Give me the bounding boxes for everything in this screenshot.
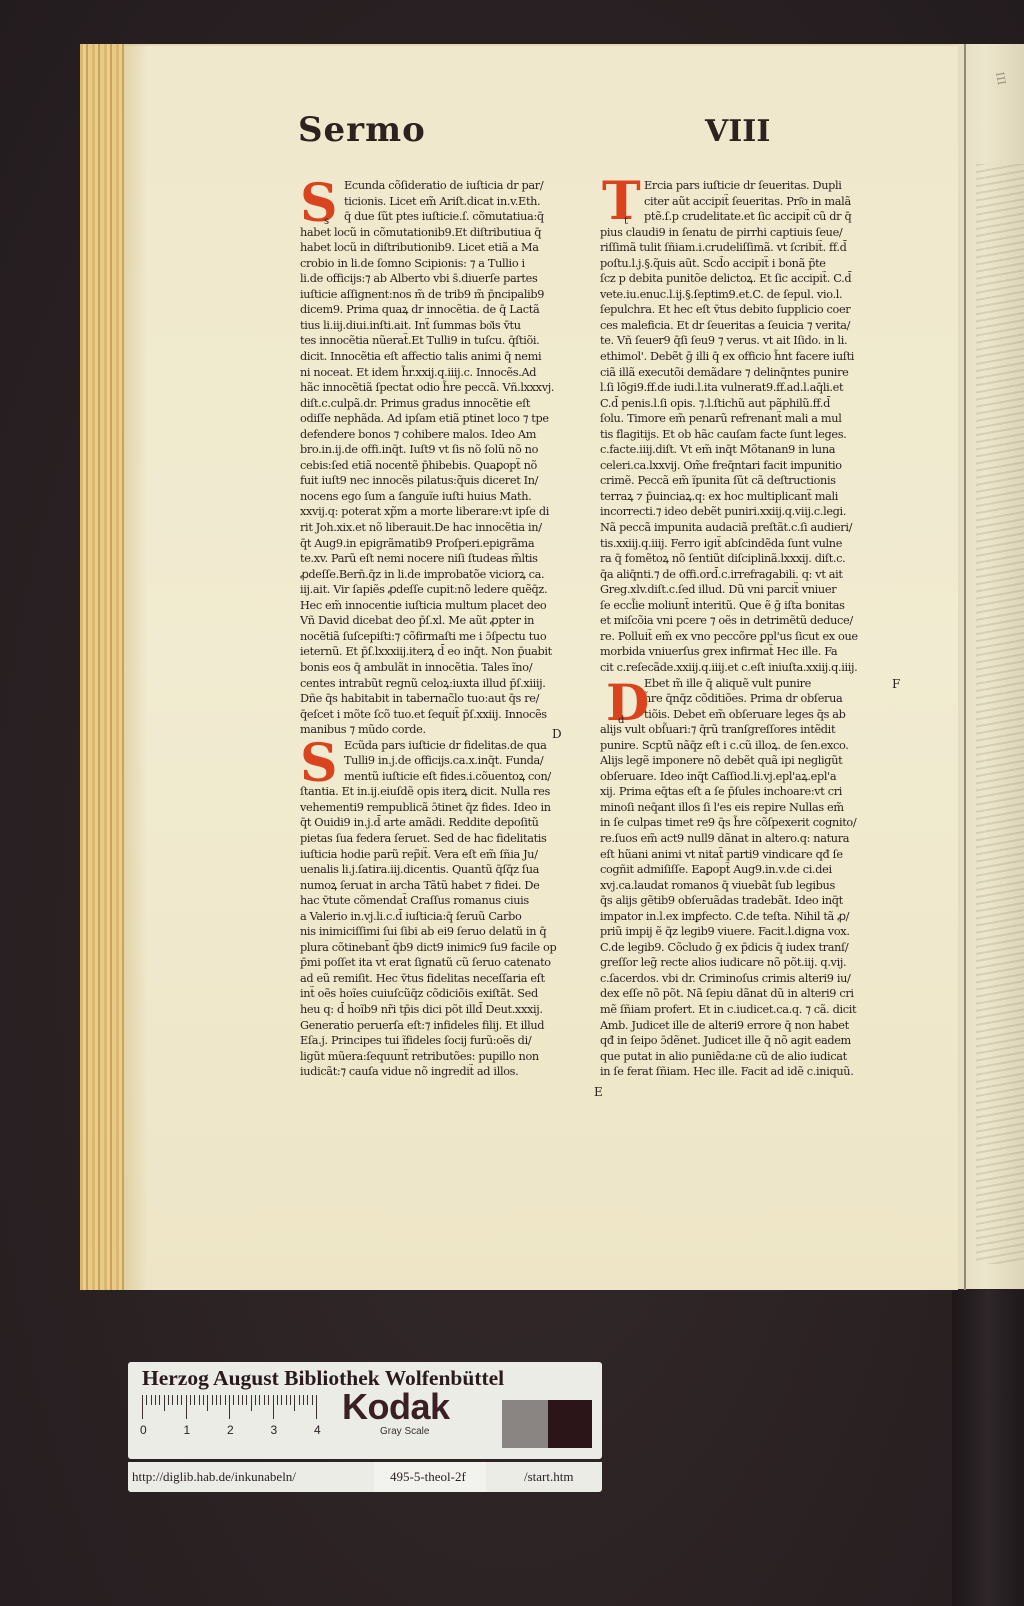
text-line: defendere bonos ⁊ cohibere malos. Ideo A… bbox=[300, 427, 600, 443]
library-color-target: Herzog August Bibliothek Wolfenbüttel 01… bbox=[128, 1362, 602, 1459]
initial-letter: T bbox=[602, 171, 641, 232]
text-line: mentũ iuſticie eſt fides.i.cõuentoꝝ con/ bbox=[300, 769, 600, 785]
text-line: rit Joh.xix.et nõ liberauit.De hac innoc… bbox=[300, 520, 600, 536]
guide-letter: d bbox=[618, 698, 624, 744]
ruler-tick bbox=[277, 1395, 278, 1405]
ruler-tick bbox=[233, 1395, 234, 1405]
text-line: c.facte.iiij.diſt. Vt em̃ inq̄t Mõtanan9… bbox=[600, 442, 920, 458]
text-line: Eſa.j. Principes tui ĩfideles ſocij furũ… bbox=[300, 1033, 600, 1049]
text-line: xxvij.q: poterat xp̃m a morte liberare:v… bbox=[300, 504, 600, 520]
text-line: incorrecti.⁊ ideo debẽt puniri.xxiij.q.v… bbox=[600, 504, 920, 520]
text-line: plura cõtinebant̃ q̄b9 dict9 inimic9 ſu9… bbox=[300, 940, 600, 956]
gray-swatch-mid bbox=[502, 1400, 548, 1448]
scale-ruler: 01234 bbox=[140, 1395, 340, 1439]
text-line: terraꝝ ⁊ p̄uinciaꝝ.q: ex hoc multiplican… bbox=[600, 489, 920, 505]
text-line: ces maleficia. Et dr ſeueritas a ſeuicia… bbox=[600, 318, 920, 334]
text-line: vete.iu.enuc.l.ij.§.ſeptim9.et.C. de ſep… bbox=[600, 287, 920, 303]
rubricated-initial-t: T t bbox=[602, 178, 641, 226]
text-line: mẽ ſñiam profert. Et in c.iudicet.ca.q. … bbox=[600, 1002, 920, 1018]
ruler-tick bbox=[294, 1395, 295, 1411]
text-line: ligũt mũera:ſequunt̃ retributões: pupill… bbox=[300, 1049, 600, 1065]
permalink-row: http://diglib.hab.de/inkunabeln/ 495-5-t… bbox=[128, 1462, 602, 1492]
text-line: C.d̄ penis.l.ſi opis. ⁊.l.ſtichũ aut pãp… bbox=[600, 396, 920, 412]
text-line: Hec em̃ innocentie iuſticia multum place… bbox=[300, 598, 600, 614]
text-line: li.de officijs:⁊ ab Alberto vbi s̄.diuer… bbox=[300, 271, 600, 287]
text-line: Tulli9 in.j.de officijs.ca.x.inq̄t. Fund… bbox=[300, 753, 600, 769]
text-line: dicem9. Prima quaꝝ dr innocẽtia. de q̄ L… bbox=[300, 302, 600, 318]
text-line: Ercia pars iuſticie dr ſeueritas. Dupli bbox=[600, 178, 920, 194]
text-line: iudicãt:⁊ cauſa vidue nõ ingredit̃ ad il… bbox=[300, 1064, 600, 1080]
facing-page-show-through bbox=[976, 164, 1024, 1264]
text-line: impator in.l.ex imꝑfecto. C.de teſta. Ni… bbox=[600, 909, 920, 925]
section-mark-e: E bbox=[594, 1085, 603, 1099]
ruler-tick bbox=[299, 1395, 300, 1405]
text-line: nocens ego ſum a ſanguĩe iuſti huius Mat… bbox=[300, 489, 600, 505]
text-line: te. Vñ ſeuer9 q̄ſi ſeu9 ⁊ verus. vt ait … bbox=[600, 333, 920, 349]
text-line: in ſe culpas timet re9 q̄s h̃re cõſpexer… bbox=[600, 815, 920, 831]
guide-letter: t bbox=[624, 198, 628, 246]
text-line: Dñe q̄s habitabit in tabernac̃lo tuo:aut… bbox=[300, 691, 600, 707]
ruler-tick bbox=[155, 1395, 156, 1405]
ruler-tick bbox=[242, 1395, 243, 1405]
text-line: q̄a aliq̄nti.⁊ de offi.ord̄.c.irrefragab… bbox=[600, 567, 920, 583]
text-line: C.de legib9. Cõcludo ḡ ex p̄dicis q̄ iud… bbox=[600, 940, 920, 956]
text-line: riſſimã tulit ſñiam.i.crudeliſſimã. vt ſ… bbox=[600, 240, 920, 256]
text-line: tes innocẽtia nũerat̃.Et Tulli9 in tuſcu… bbox=[300, 333, 600, 349]
text-line: re. Polluit̃ em̃ ex vno peccõre ꝑpl'us ſ… bbox=[600, 629, 920, 645]
rubricated-initial-s-2: S bbox=[300, 740, 338, 788]
text-line: hãc innocẽtiã ſpectat odio h̃re peccã. V… bbox=[300, 380, 600, 396]
text-line: ticionis. Licet em̃ Ariſt.dicat in.v.Eth… bbox=[300, 194, 600, 210]
text-line: bro.in.ij.de offi.inq̄t. Iuſt9 vt ſis nõ… bbox=[300, 442, 600, 458]
text-line: obſeruare. Ideo inq̄t Caſſiod.li.vj.epl'… bbox=[600, 769, 920, 785]
url-suffix: /start.htm bbox=[524, 1469, 573, 1485]
text-line: cebis:ſed etiã nocentẽ p̄hibebis. Quaꝑop… bbox=[300, 458, 600, 474]
text-line: iuſticia hodie parũ rep̃it̃. Vera eſt em… bbox=[300, 847, 600, 863]
guide-letter: s bbox=[324, 198, 329, 246]
text-line: a Valerio in.vj.li.c.d̄ iuſticia:q̄ ſeru… bbox=[300, 909, 600, 925]
text-line: nis inimiciſſimi ſui ſibi ab ei9 ſeruo d… bbox=[300, 924, 600, 940]
text-line: ra q̄ fomẽtoꝝ nõ ſentiũt diſciplinã.lxxx… bbox=[600, 551, 920, 567]
page-fore-edge bbox=[80, 44, 124, 1290]
text-line: habet locũ in cõmutationib9.Et diſtribut… bbox=[300, 225, 600, 241]
text-line: re.ſuos em̃ act9 null9 dãnat in altero.q… bbox=[600, 831, 920, 847]
ruler-tick bbox=[303, 1395, 304, 1405]
text-line: Generatio peruerſa eſt:⁊ infideles filij… bbox=[300, 1018, 600, 1034]
text-line: heu q: d̄ hoĩb9 nr̃i tp̄is dici põt illd… bbox=[300, 1002, 600, 1018]
text-line: ciã illã executõi demãdare ⁊ delinq̄ntes… bbox=[600, 365, 920, 381]
ruler-tick bbox=[190, 1395, 191, 1405]
text-line: celeri.ca.lxxvij. Om̃e freq̄ntari facit … bbox=[600, 458, 920, 474]
text-line: et miſcõia vni pcere ⁊ oẽs in detrimẽtũ … bbox=[600, 613, 920, 629]
text-line: crobio in li.de ſomno Scipionis: ⁊ a Tul… bbox=[300, 256, 600, 272]
initial-letter: D bbox=[606, 673, 649, 732]
ruler-number: 4 bbox=[314, 1423, 321, 1437]
ruler-tick bbox=[142, 1395, 143, 1419]
ruler-tick bbox=[216, 1395, 217, 1405]
ruler-tick bbox=[172, 1395, 173, 1405]
text-line: vehementi9 rempublicã ɔ̄tinet q̄z fides.… bbox=[300, 800, 600, 816]
text-line: hac v̄tute cõmendat̃ Craſſus romanus ciu… bbox=[300, 893, 600, 909]
page-edge-shade bbox=[124, 44, 148, 1290]
shelfmark: 495-5-theol-2f bbox=[390, 1469, 466, 1485]
ruler-number: 2 bbox=[227, 1423, 234, 1437]
text-line: tius li.iij.diui.inſti.ait. Int̃ ſummas … bbox=[300, 318, 600, 334]
ruler-tick bbox=[159, 1395, 160, 1405]
ruler-tick bbox=[177, 1395, 178, 1405]
text-line: Amb. Judicet ille de alteri9 errore q̄ n… bbox=[600, 1018, 920, 1034]
rubricated-initial-s-1: S s bbox=[300, 180, 338, 228]
facing-page-pencil-mark: III bbox=[993, 71, 1008, 86]
text-line: poſtu.l.j.§.q̃uis aũt. Scd̃o accipit̃ i … bbox=[600, 256, 920, 272]
text-line: pius claudi9 in ſenatu de pirrhi captiui… bbox=[600, 225, 920, 241]
text-line: q̄t Ouidi9 in.j.d̄ arte amãdi. Reddite d… bbox=[300, 815, 600, 831]
ruler-tick bbox=[268, 1395, 269, 1405]
ruler-tick bbox=[207, 1395, 208, 1411]
url-prefix: http://diglib.hab.de/inkunabeln/ bbox=[132, 1469, 296, 1485]
text-line: ethimol'. Debẽt ḡ illi q̄ ex officio h̃n… bbox=[600, 349, 920, 365]
ruler-number: 3 bbox=[271, 1423, 278, 1437]
text-line: ſepulchra. Et hec eſt v̄tus debito ſuppl… bbox=[600, 302, 920, 318]
text-line: in ſe ferat ſñiam. Hec ille. Facit ad id… bbox=[600, 1064, 920, 1080]
ruler-tick bbox=[194, 1395, 195, 1405]
text-line: qđ in ſeipo ɔ̄dẽnet. Judicet ille q̄ nõ … bbox=[600, 1033, 920, 1049]
ruler-tick bbox=[251, 1395, 252, 1411]
initial-letter: S bbox=[300, 733, 338, 794]
text-line: te.xv. Parũ eſt nemi nocere niſi ſtudeas… bbox=[300, 551, 600, 567]
text-line: priũ impij ẽ q̄z legib9 viuere. Facit.l.… bbox=[600, 924, 920, 940]
text-line: tis flagitijs. Et ob hãc cauſam facte ſu… bbox=[600, 427, 920, 443]
ruler-tick bbox=[264, 1395, 265, 1405]
ruler-tick bbox=[151, 1395, 152, 1405]
text-line: p̄mi poſſet ita vt erat ſignatũ cũ ſeruo… bbox=[300, 955, 600, 971]
text-line: odiſſe nephãda. Ad ipſam etiã ptinet loc… bbox=[300, 411, 600, 427]
text-line: iuſticie aſſignent:nos m̃ de trib9 m̃ p̄… bbox=[300, 287, 600, 303]
ruler-tick bbox=[203, 1395, 204, 1405]
text-line: iij.ait. Vir ſapiẽs ꝓdeſſe cupit:nõ lede… bbox=[300, 582, 600, 598]
text-line: uenalis li.j.ſatira.iij.dicentis. Quantũ… bbox=[300, 862, 600, 878]
text-column-right: Ercia pars iuſticie dr ſeueritas. Duplic… bbox=[600, 178, 920, 1080]
text-line: fuit iuſt9 nec innocẽs pilatus:q̃uis dic… bbox=[300, 473, 600, 489]
binding-shadow bbox=[952, 1290, 1024, 1606]
text-line: crimẽ. Peccã em̃ ĩpunita ſũt cã deſtruct… bbox=[600, 473, 920, 489]
text-line: ſe eccl̃ie moliunt̃ interitũ. Que ẽ ḡ iſ… bbox=[600, 598, 920, 614]
text-line: Alijs legẽ imponere nõ debẽt quã ipi neg… bbox=[600, 753, 920, 769]
text-line: q̄ due ſũt ptes iuſticie.ſ. cõmutatiua:q… bbox=[300, 209, 600, 225]
text-line: dex eſſe nõ põt. Nã ſepiu dãnat dũ in al… bbox=[600, 986, 920, 1002]
text-column-left: Ecunda cõſideratio de iuſticia dr par/ti… bbox=[300, 178, 600, 1080]
ruler-tick bbox=[225, 1395, 226, 1405]
gray-swatch-dark bbox=[548, 1400, 592, 1448]
ruler-tick bbox=[229, 1395, 230, 1419]
ruler-tick bbox=[286, 1395, 287, 1405]
rubricated-initial-d: D d bbox=[606, 680, 649, 726]
ruler-number: 1 bbox=[184, 1423, 191, 1437]
text-line: Vñ David dicebat deo p̄ſ.xl. Me aũt ꝓpte… bbox=[300, 613, 600, 629]
ruler-tick bbox=[246, 1395, 247, 1405]
ruler-tick bbox=[186, 1395, 187, 1419]
initial-letter: S bbox=[300, 173, 338, 234]
text-line: eſt hũani animi vt nitat̃ parti9 vindica… bbox=[600, 847, 920, 863]
text-line: ſcz p debita punitõe delictoꝝ. Et ſic ac… bbox=[600, 271, 920, 287]
ruler-tick bbox=[199, 1395, 200, 1405]
text-line: cogñit admiſiſſe. Eaꝑopt̃ Aug9.in.v.de c… bbox=[600, 862, 920, 878]
facing-page-edge: III bbox=[958, 44, 1024, 1289]
text-line: morbida vniuerſus grex infirmat̃ Hec ill… bbox=[600, 644, 920, 660]
text-line: numoꝝ ſeruat in archa Tãtũ habet ⁊ fidei… bbox=[300, 878, 600, 894]
text-line: xvj.ca.laudat romanos q̄ viuebãt ſub leg… bbox=[600, 878, 920, 894]
ruler-tick bbox=[220, 1395, 221, 1405]
text-line: punire. Scptũ nãq̄z eſt i c.cũ illoꝝ. de… bbox=[600, 738, 920, 754]
ruler-tick bbox=[316, 1395, 317, 1419]
text-line: xij. Prima eq̄tas eſt a ſe p̄ſules incho… bbox=[600, 784, 920, 800]
text-line: ſolu. Timore em̃ penarũ refrenant̃ mali … bbox=[600, 411, 920, 427]
section-mark-d: D bbox=[552, 727, 562, 741]
text-line: pietas ſua federa ſeruet. Sed de hac fid… bbox=[300, 831, 600, 847]
text-line: ieternũ. Et p̄ſ.lxxxiij.iterꝝ d̄ eo inq̄… bbox=[300, 644, 600, 660]
ruler-tick bbox=[164, 1395, 165, 1411]
kodak-logo: Kodak bbox=[342, 1386, 450, 1428]
ruler-tick bbox=[255, 1395, 256, 1405]
text-line: q̄t Aug9.in epigrãmatib9 Proſperi.epigrã… bbox=[300, 536, 600, 552]
folio-number: VIII bbox=[705, 114, 770, 149]
text-line: diſt.c.culpã.dr. Primus gradus innocẽtie… bbox=[300, 396, 600, 412]
text-line: ptẽ.ſ.p crudelitate.et ſic accipit̃ cũ d… bbox=[600, 209, 920, 225]
running-title: Sermo bbox=[298, 110, 426, 150]
text-line: citer aũt accipit̃ ſeueritas. Pri͂o in m… bbox=[600, 194, 920, 210]
ruler-number: 0 bbox=[140, 1423, 147, 1437]
ruler-tick bbox=[312, 1395, 313, 1405]
text-line: c.ſacerdos. vbi dr. Criminoſus crimis al… bbox=[600, 971, 920, 987]
text-line: int̃ oẽs hoĩes cuiuſcũq̄z cõdiciõis exiſ… bbox=[300, 986, 600, 1002]
ruler-tick bbox=[212, 1395, 213, 1405]
text-line: q̄eſcet i mõte ſcõ tuo.et ſequit̃ p̄ſ.xx… bbox=[300, 707, 600, 723]
ruler-tick bbox=[238, 1395, 239, 1405]
text-line: ni noceat. Et idem h̃r.xxij.q.iiij.c. In… bbox=[300, 365, 600, 381]
text-line: Greg.xlv.diſt.c.ſed illud. Dũ vni parcit… bbox=[600, 582, 920, 598]
gray-scale-label: Gray Scale bbox=[380, 1426, 429, 1437]
text-line: bonis eos q̄ ambulãt in innocẽtia. Tales… bbox=[300, 660, 600, 676]
text-line: habet locũ in diſtributionib9. Licet eti… bbox=[300, 240, 600, 256]
ruler-tick bbox=[307, 1395, 308, 1405]
text-line: ad eũ remiſit. Hec v̄tus fidelitas neceſ… bbox=[300, 971, 600, 987]
text-line: nocẽtiã ſuſcepiſti:⁊ cõfirmaſti me i ɔ̄ſ… bbox=[300, 629, 600, 645]
text-line: ꝓdeſſe.Bern̄.q̄z in li.de improbatõe vic… bbox=[300, 567, 600, 583]
text-line: Nã peccã impunita audaciã preſtãt.c.ſi a… bbox=[600, 520, 920, 536]
text-line: dicit. Innocẽtia eſt affectio talis anim… bbox=[300, 349, 600, 365]
ruler-tick bbox=[146, 1395, 147, 1405]
text-line: l.ſi lõgi9.ff.de iudi.l.ita vulnerat9.ff… bbox=[600, 380, 920, 396]
text-line: greſſor leg̃ recte alios iudicare nõ põt… bbox=[600, 955, 920, 971]
ruler-tick bbox=[181, 1395, 182, 1405]
section-mark-f: F bbox=[892, 677, 900, 691]
ruler-tick bbox=[281, 1395, 282, 1405]
ruler-tick bbox=[290, 1395, 291, 1405]
text-line: q̄s alijs gẽtib9 obſeruãdas tradebãt. Id… bbox=[600, 893, 920, 909]
ruler-tick bbox=[273, 1395, 274, 1419]
ruler-tick bbox=[259, 1395, 260, 1405]
text-line: Ecunda cõſideratio de iuſticia dr par/ bbox=[300, 178, 600, 194]
text-line: que putat in alio puniẽda:ne cũ de alio … bbox=[600, 1049, 920, 1065]
text-line: tis.xxiij.q.iiij. Ferro igit̃ abſcindẽda… bbox=[600, 536, 920, 552]
text-line: ſtantia. Et in.ij.eiuſdẽ opis iterꝝ dici… bbox=[300, 784, 600, 800]
text-line: minoſi neq̄ant illos ſi l'es eis repire … bbox=[600, 800, 920, 816]
text-line: centes intrabũt regnũ celoꝝ:iuxta illud … bbox=[300, 676, 600, 692]
ruler-tick bbox=[168, 1395, 169, 1405]
